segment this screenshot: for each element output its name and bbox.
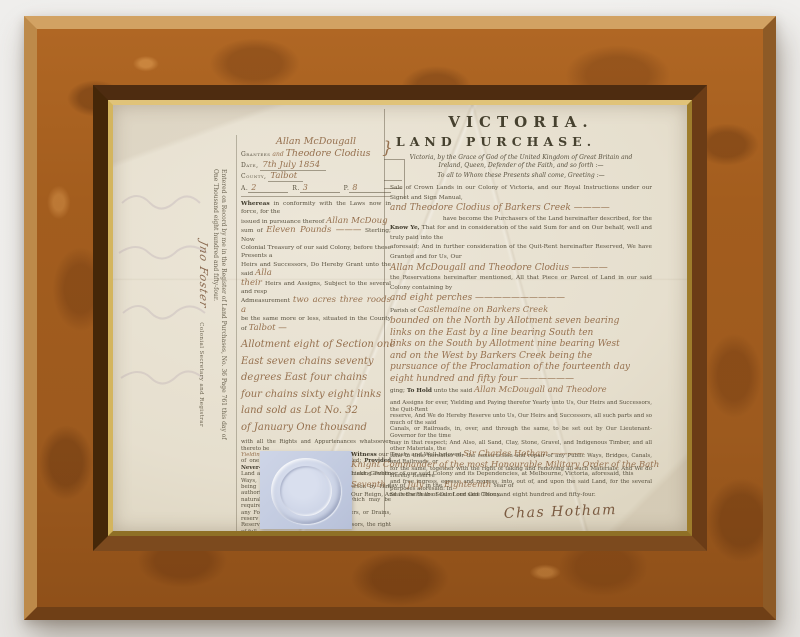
text-line: Allotment eight of Section one [241,337,391,354]
grantee-name-1: Allan McDougall [276,136,356,147]
date-label: Date, [241,162,258,169]
royal-preamble: Victoria, by the Grace of God of the Uni… [390,154,652,180]
seal-coat-of-arms [271,458,341,524]
text-line: bounded on the North by Allotment seven … [390,316,652,328]
text-line: land sold as Lot No. 32 [241,403,391,420]
text-line: sum of Eleven Pounds ——— Sterling; Now [241,226,391,244]
area-row: A.2 R.3 P.8 [241,183,391,193]
county-label: County, [241,173,266,180]
registrar-signature: Jno Foster [197,239,210,309]
text-line: Witness our Trusty and Well-beloved Sir … [351,449,651,461]
text-line: aforesaid; And in further consideration … [390,243,652,262]
text-line: Sale of Crown Lands in our Colony of Vic… [390,184,652,203]
county-value: Talbot [268,171,303,182]
text-line: Colonial Treasury of our said Colony, be… [241,244,391,261]
land-description-handwritten: Allotment eight of Section oneEast seven… [241,337,391,436]
text-line: ging; To Hold unto the said Allan McDoug… [390,385,652,397]
acres-label: A. [241,185,248,192]
text-line: be the same more or less, situated in th… [241,315,391,333]
text-segment: Talbot — [249,323,287,333]
text-line: of January One thousand [241,420,391,437]
text-line: Admeasurement two acres three roods a [241,296,391,315]
text-segment: Eighteenth [444,479,491,489]
text-line: Know Ye, That for and in consideration o… [390,224,652,243]
roods-value: 3 [300,183,340,193]
text-segment: our Trusty and Well-beloved [377,452,464,458]
text-line: To all to Whom these Presents shall come… [404,172,638,180]
text-segment: their [241,278,265,288]
embossed-seal [260,451,352,529]
endorsement-line: One Thousand eight hundred and fifty-fou… [211,169,219,427]
document-subtitle: LAND PURCHASE. [346,134,646,149]
text-line: Heirs and Successors, Do Hereby Grant un… [241,261,391,279]
grantees-label: Grantees [241,151,270,158]
text-segment: Eleven Pounds ——— [266,225,361,235]
registrar-title: Colonial Secretary and Registrar [198,322,204,427]
perches-value: 8 [349,183,391,193]
text-segment: Know Ye, [390,225,420,231]
right-grant-column: VICTORIA. LAND PURCHASE. Victoria, by th… [390,113,652,499]
witness-block: Witness our Trusty and Well-beloved Sir … [351,449,651,522]
land-purchase-deed: Entered on Record by me in the Register … [113,105,687,531]
text-line: links on the East by a line bearing Sout… [390,328,652,340]
text-line: Canals, or Railroads, in, over, and thro… [390,426,652,439]
document-title: VICTORIA. [390,113,652,131]
text-segment: Whereas [241,200,270,207]
text-segment: Seventh [351,479,386,489]
roods-label: R. [292,185,299,192]
text-line: Allan McDougall and Theodore Clodius ———… [390,263,652,275]
text-line: pursuance of the Proclamation of the fou… [390,362,652,374]
grant-body-text: Sale of Crown Lands in our Colony of Vic… [390,184,652,397]
text-line: and Theodore Clodius of Barkers Creek ——… [390,203,652,215]
text-segment: Witness [351,452,377,458]
text-line: the Reservations hereinafter mentioned, … [390,274,652,293]
burl-wood-picture-frame: Entered on Record by me in the Register … [24,16,776,620]
text-line: links on the South by Allotment nine bea… [390,339,652,351]
text-segment: issued in pursuance thereof [241,219,326,225]
grantee-joiner: and [272,151,283,158]
text-segment: July [407,479,423,489]
text-line: and on the West by Barkers Creek being t… [390,351,652,363]
text-line: East seven chains seventy [241,354,391,371]
governor-signature: Chas Hotham [351,500,651,526]
text-line: have become the Purchasers of the Land h… [390,215,652,225]
text-line: Lieut.-Governor of our said Colony and i… [351,470,651,480]
text-segment: Year of [491,483,513,489]
text-segment: Parish of [390,308,418,314]
text-segment: day of [386,483,408,489]
text-line: Parish of Castlemaine on Barkers Creek [390,305,652,317]
date-value: 7th July 1854 [260,160,326,171]
witness-lines: Witness our Trusty and Well-beloved Sir … [351,449,651,501]
text-line: four chains sixty eight links [241,387,391,404]
text-line: Victoria, by the Grace of God of the Uni… [404,154,638,170]
text-line: their Heirs and Assigns, Subject to the … [241,279,391,297]
frame-inner-step: Entered on Record by me in the Register … [93,85,707,551]
endorsement-line: Entered on Record by me in the Register … [219,169,227,427]
text-segment: Castlemaine on Barkers Creek [418,304,548,314]
text-line: Knight Commander of the most Honourable … [351,461,651,471]
grantee-name-2: Theodore Clodius [286,148,371,159]
text-segment: ging; [390,388,407,394]
registry-endorsement-rotated: Entered on Record by me in the Register … [197,169,227,427]
text-segment: in the [424,483,445,489]
text-line: and Assigns for ever, Yielding and Payin… [390,400,652,413]
text-segment: Admeasurement [241,298,293,304]
text-line: Our Reign, And in the Year of Our Lord O… [351,491,651,501]
photo-of-framed-document: Entered on Record by me in the Register … [0,0,800,637]
gold-fillet: Entered on Record by me in the Register … [108,100,692,536]
text-line: Seventh day of July in the Eighteenth Ye… [351,480,651,492]
acres-value: 2 [248,183,288,193]
text-line: degrees East four chains [241,370,391,387]
whereas-clause: Whereas in conformity with the Laws now … [241,200,391,333]
text-segment: Sir Charles Hotham ———— [463,448,584,458]
text-line: reserve, And We do Hereby Reserve unto U… [390,413,652,426]
text-line: Whereas in conformity with the Laws now … [241,200,391,217]
text-segment: That for and in consideration of the sai… [390,225,652,241]
text-segment: Allan McDougall and Theodore [474,384,607,394]
text-segment: unto the said [432,388,474,394]
text-segment: To Hold [407,388,432,394]
text-segment: sum of [241,228,266,234]
